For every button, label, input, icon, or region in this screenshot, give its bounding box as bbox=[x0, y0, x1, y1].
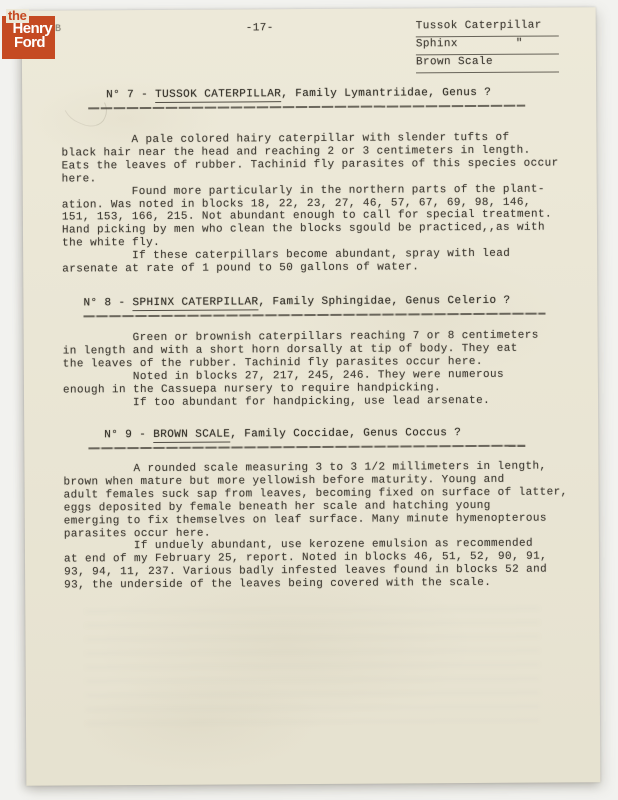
ditto-mark: " bbox=[516, 38, 523, 50]
heading-prefix: N° 9 - bbox=[104, 429, 153, 441]
page-number: -17- bbox=[246, 22, 274, 35]
document-page: -17- Tussok Caterpillar Sphinx" Brown Sc… bbox=[22, 7, 601, 785]
index-item-label: Tussok Caterpillar bbox=[416, 20, 542, 33]
index-item-brown-scale: Brown Scale bbox=[416, 55, 559, 72]
heading-suffix: , Family Lymantriidae, Genus ? bbox=[281, 87, 491, 100]
heading-pest-name: SPHINX CATERPILLAR bbox=[132, 296, 258, 310]
section-body-no-9: A rounded scale measuring 3 to 3 1/2 mil… bbox=[63, 460, 568, 592]
index-item-label: Brown Scale bbox=[416, 56, 493, 68]
section-heading-no-9: N° 9 - BROWN SCALE, Family Coccidae, Gen… bbox=[104, 427, 461, 442]
section-heading-no-8: N° 8 - SPHINX CATERPILLAR, Family Sphing… bbox=[83, 295, 510, 311]
heading-pest-name: TUSSOK CATERPILLAR bbox=[155, 88, 281, 102]
logo-ford: Ford bbox=[2, 36, 55, 50]
heading-prefix: N° 8 - bbox=[83, 297, 132, 309]
section-body-no-7: A pale colored hairy caterpillar with sl… bbox=[61, 131, 559, 276]
heading-underline bbox=[88, 105, 525, 110]
section-body-no-8: Green or brownish caterpillars reaching … bbox=[63, 330, 540, 410]
heading-underline bbox=[84, 313, 546, 318]
logo-wordmark: Henry Ford bbox=[2, 22, 55, 50]
index-item-label: Sphinx bbox=[416, 38, 458, 50]
heading-prefix: N° 7 - bbox=[106, 89, 155, 101]
henry-ford-logo: the Henry Ford bbox=[2, 16, 55, 59]
heading-underline bbox=[88, 445, 525, 450]
heading-suffix: , Family Coccidae, Genus Coccus ? bbox=[230, 427, 461, 440]
subject-index: Tussok Caterpillar Sphinx" Brown Scale bbox=[416, 19, 559, 74]
edge-mark: B bbox=[55, 24, 61, 35]
index-item-tussok: Tussok Caterpillar bbox=[416, 19, 559, 36]
index-item-sphinx: Sphinx" bbox=[416, 37, 559, 54]
scanned-document-view: -17- Tussok Caterpillar Sphinx" Brown Sc… bbox=[0, 0, 618, 800]
section-heading-no-7: N° 7 - TUSSOK CATERPILLAR, Family Lymant… bbox=[106, 87, 491, 102]
logo-the: the bbox=[6, 9, 29, 23]
heading-suffix: , Family Sphingidae, Genus Celerio ? bbox=[258, 295, 510, 309]
heading-pest-name: BROWN SCALE bbox=[153, 428, 230, 442]
